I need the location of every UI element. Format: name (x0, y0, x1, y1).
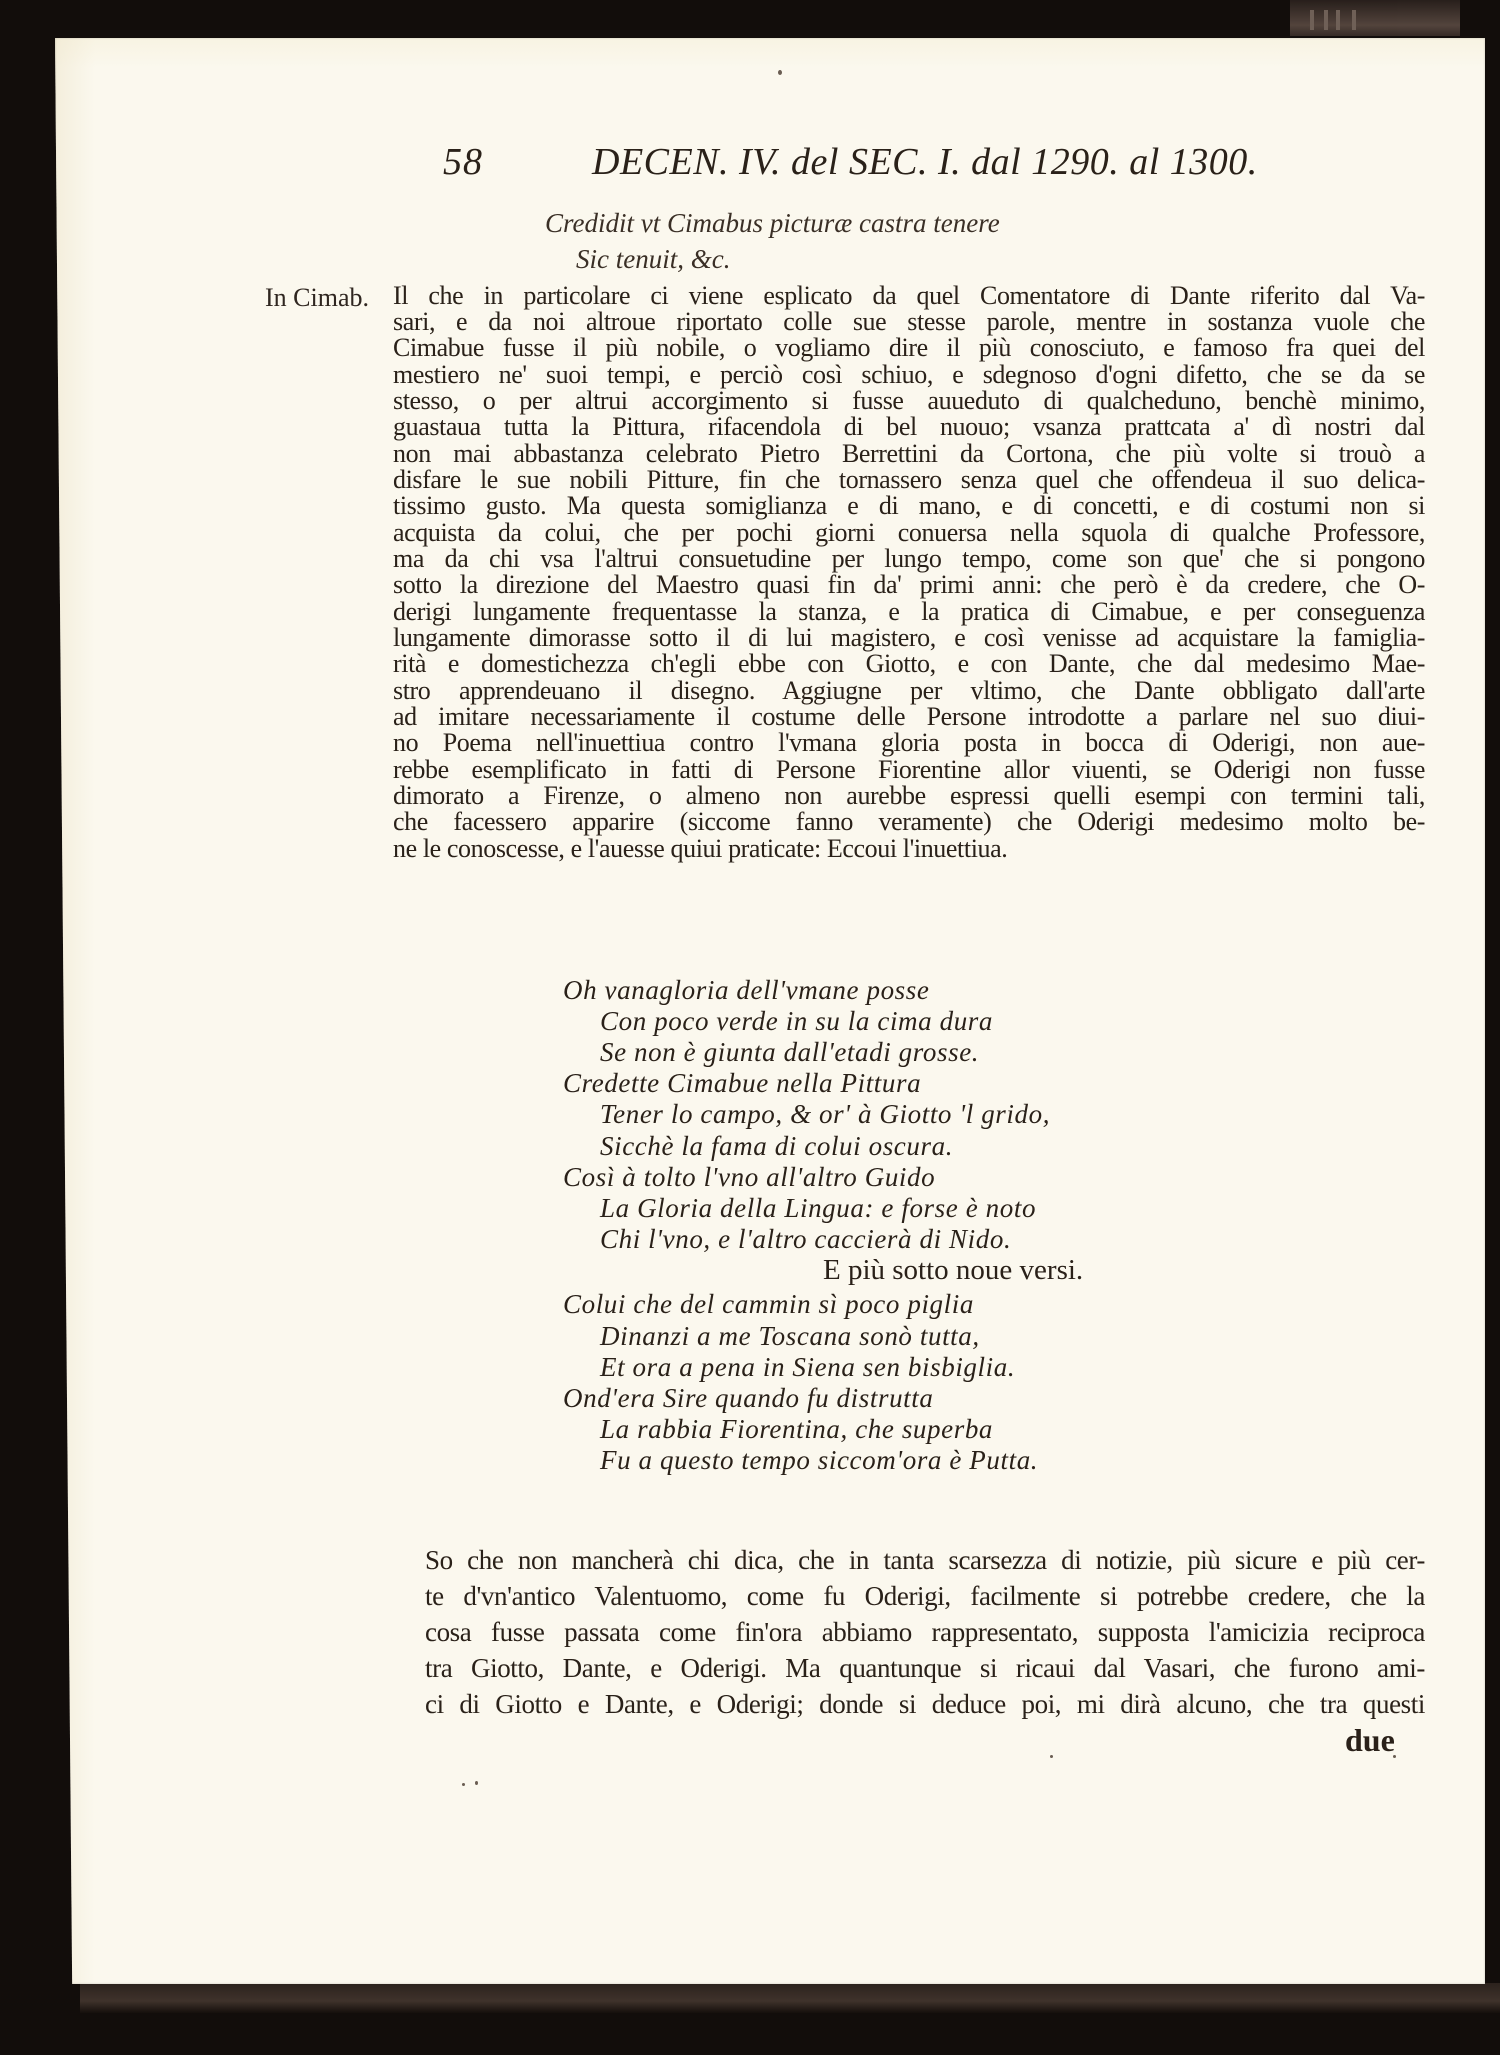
running-title: DECEN. IV. del SEC. I. dal 1290. al 1300… (592, 140, 1258, 184)
ink-speck (1050, 1755, 1053, 1758)
verse-line: Oh vanagloria dell'vmane posse (563, 975, 929, 1006)
scanner-edge-top (1290, 0, 1460, 36)
text-line: sotto la direzione del Maestro quasi fin… (393, 570, 1425, 600)
text-line: ne le conoscesse, e l'auesse quiui prati… (393, 834, 1425, 864)
verse-line: Fu a questo tempo siccom'ora è Putta. (600, 1445, 1038, 1476)
text-line: cosa fusse passata come fin'ora abbiamo … (425, 1617, 1425, 1647)
text-line: tissimo gusto. Ma questa somiglianza e d… (393, 491, 1425, 521)
ink-speck (778, 70, 782, 75)
verse-line: La Gloria della Lingua: e forse è noto (600, 1193, 1036, 1224)
scanner-mark (1310, 10, 1314, 30)
verse-line: La rabbia Fiorentina, che superba (600, 1414, 993, 1445)
page-number: 58 (443, 140, 483, 184)
text-line: guastaua tutta la Pittura, rifacendola d… (393, 412, 1425, 442)
marginal-note: In Cimab. (265, 283, 369, 313)
verse-line: Se non è giunta dall'etadi grosse. (600, 1037, 979, 1068)
text-line: no Poema nell'inuettiua contro l'vmana g… (393, 728, 1425, 758)
text-line: tra Giotto, Dante, e Oderigi. Ma quantun… (425, 1653, 1425, 1683)
epigraph-line: Credidit vt Cimabus picturæ castra tener… (545, 208, 1000, 239)
verse-line: Con poco verde in su la cima dura (600, 1006, 993, 1037)
text-line: che facessero apparire (siccome fanno ve… (393, 807, 1425, 837)
verse-line: Chi l'vno, e l'altro caccierà di Nido. (600, 1224, 1011, 1255)
text-line: Cimabue fusse il più nobile, o vogliamo … (393, 333, 1425, 363)
scanner-mark (1324, 10, 1328, 30)
catchword: due (1345, 1722, 1395, 1759)
verse-line: Colui che del cammin sì poco piglia (563, 1289, 974, 1320)
scanner-edge-bottom (80, 1983, 1500, 2013)
text-line: ci di Giotto e Dante, e Oderigi; donde s… (425, 1689, 1425, 1719)
ink-speck (1393, 1755, 1396, 1758)
epigraph-line: Sic tenuit, &c. (576, 244, 730, 275)
verse-caption: E più sotto noue versi. (823, 1254, 1083, 1287)
verse-line: Et ora a pena in Siena sen bisbiglia. (600, 1352, 1015, 1383)
ink-speck (462, 1783, 465, 1786)
text-line: te d'vn'antico Valentuomo, come fu Oderi… (425, 1581, 1425, 1611)
verse-line: Sicchè la fama di colui oscura. (600, 1131, 953, 1162)
scanner-mark (1352, 10, 1356, 30)
verse-line: Tener lo campo, & or' à Giotto 'l grido, (600, 1099, 1050, 1130)
ink-speck (475, 1781, 478, 1785)
verse-line: Così à tolto l'vno all'altro Guido (563, 1162, 935, 1193)
verse-line: Dinanzi a me Toscana sonò tutta, (600, 1321, 980, 1352)
text-line: rità e domestichezza ch'egli ebbe con Gi… (393, 649, 1425, 679)
verse-line: Credette Cimabue nella Pittura (563, 1068, 921, 1099)
text-line: So che non mancherà chi dica, che in tan… (425, 1545, 1425, 1575)
verse-line: Ond'era Sire quando fu distrutta (563, 1383, 933, 1414)
scanner-mark (1336, 10, 1340, 30)
